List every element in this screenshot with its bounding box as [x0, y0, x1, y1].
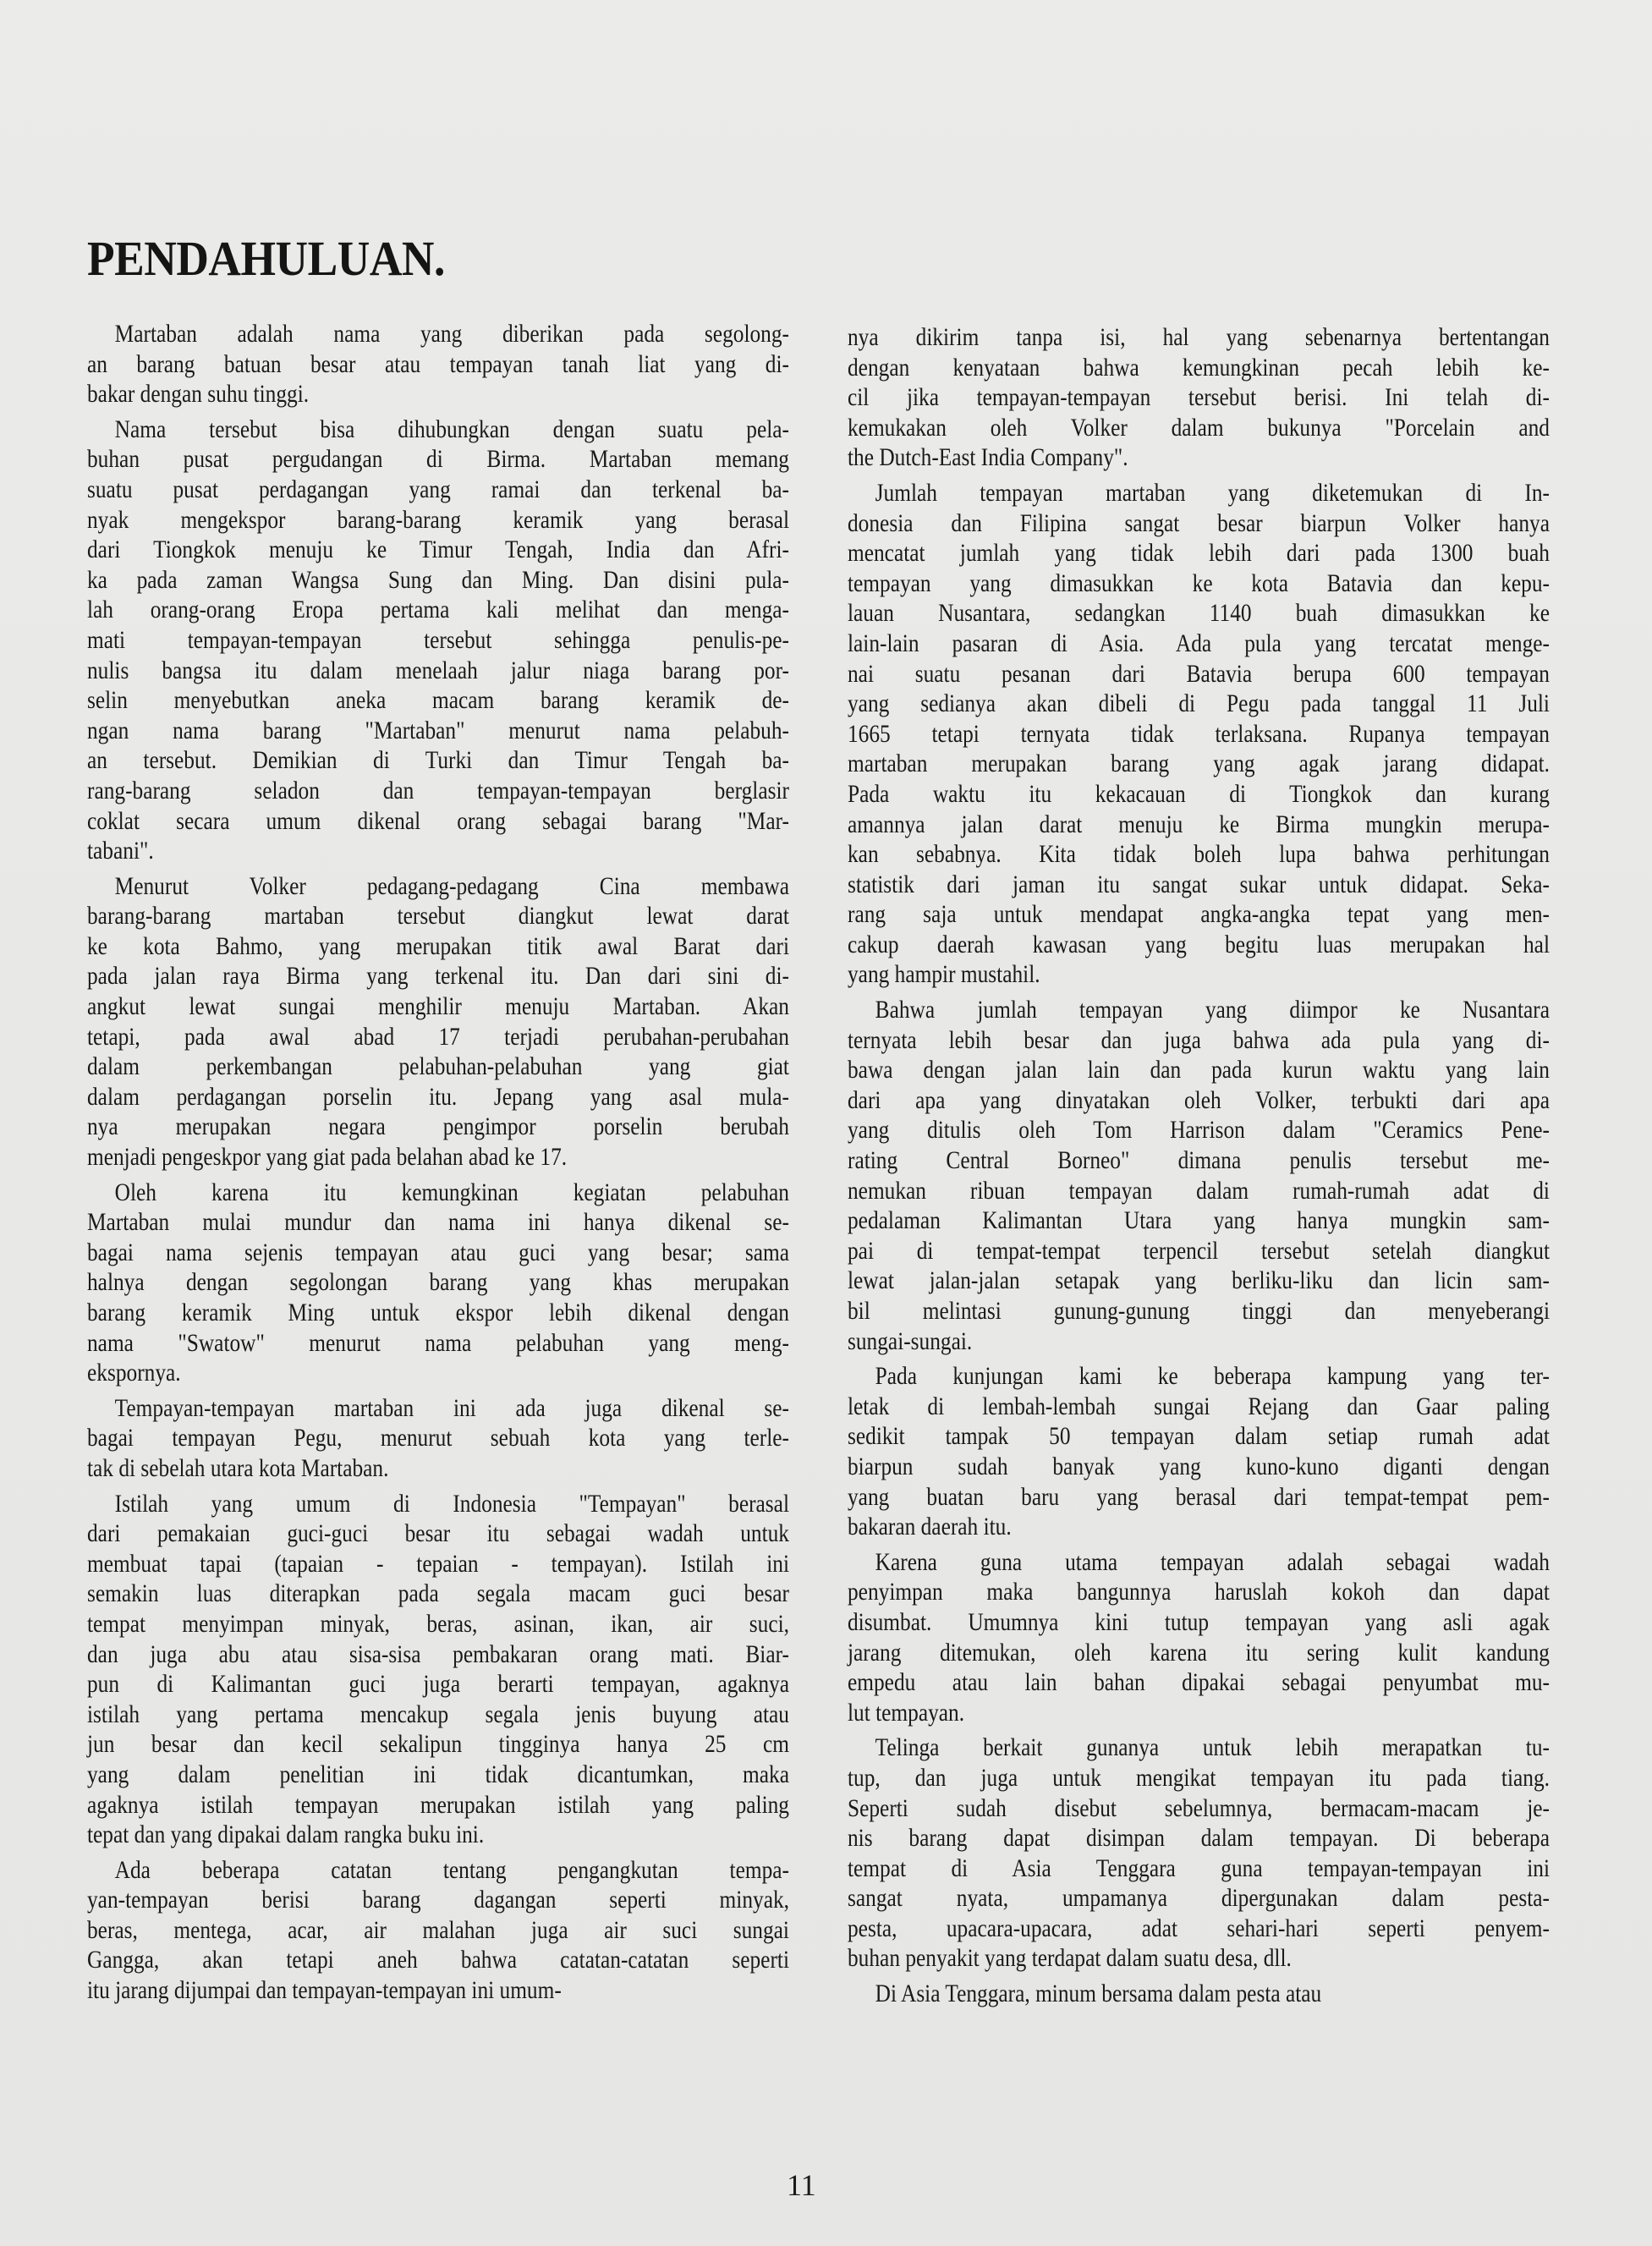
text-line: Seperti sudah disebut sebelumnya, bermac… — [848, 1794, 1550, 1825]
text-line: yang dalam penelitian ini tidak dicantum… — [87, 1760, 789, 1791]
text-line: Pada kunjungan kami ke beberapa kampung … — [848, 1362, 1550, 1392]
text-line: yan-tempayan berisi barang dagangan sepe… — [87, 1886, 789, 1916]
text-line: Jumlah tempayan martaban yang diketemuka… — [848, 479, 1550, 509]
left-column: Martaban adalah nama yang diberikan pada… — [87, 320, 791, 2007]
text-line: statistik dari jaman itu sangat sukar un… — [848, 870, 1550, 901]
text-line: cil jika tempayan-tempayan tersebut beri… — [848, 383, 1550, 414]
text-line: yang ditulis oleh Tom Harrison dalam "Ce… — [848, 1116, 1550, 1146]
paragraph: nya dikirim tanpa isi, hal yang sebenarn… — [848, 323, 1551, 474]
text-line: Di Asia Tenggara, minum bersama dalam pe… — [848, 1980, 1550, 2010]
paragraph: Nama tersebut bisa dihubungkan dengan su… — [87, 415, 791, 867]
text-line: biarpun sudah banyak yang kuno-kuno diga… — [848, 1452, 1550, 1483]
paragraph: Oleh karena itu kemungkinan kegiatan pel… — [87, 1178, 791, 1389]
text-line: tetapi, pada awal abad 17 terjadi peruba… — [87, 1023, 789, 1053]
text-line: donesia dan Filipina sangat besar biarpu… — [848, 509, 1550, 540]
paragraph: Telinga berkait gunanya untuk lebih mera… — [848, 1733, 1551, 1974]
text-line: jun besar dan kecil sekalipun tingginya … — [87, 1730, 789, 1760]
text-line: ngan nama barang "Martaban" menurut nama… — [87, 717, 789, 747]
text-line: barang keramik Ming untuk ekspor lebih d… — [87, 1299, 789, 1329]
book-page: PENDAHULUAN. Martaban adalah nama yang d… — [0, 0, 1652, 2246]
text-line: tempayan yang dimasukkan ke kota Batavia… — [848, 569, 1550, 600]
text-line: membuat tapai (tapaian - tepaian - tempa… — [87, 1550, 789, 1580]
text-line: angkut lewat sungai menghilir menuju Mar… — [87, 992, 789, 1023]
text-line: bil melintasi gunung-gunung tinggi dan m… — [848, 1297, 1550, 1327]
text-line: martaban merupakan barang yang agak jara… — [848, 750, 1550, 780]
text-line: lain-lain pasaran di Asia. Ada pula yang… — [848, 629, 1550, 660]
text-line: ternyata lebih besar dan juga bahwa ada … — [848, 1026, 1550, 1057]
text-line: dengan kenyataan bahwa kemungkinan pecah… — [848, 354, 1550, 384]
text-line: disumbat. Umumnya kini tutup tempayan ya… — [848, 1608, 1550, 1639]
text-line: dalam perkembangan pelabuhan-pelabuhan y… — [87, 1052, 789, 1083]
text-line: tepat dan yang dipakai dalam rangka buku… — [87, 1820, 789, 1851]
text-line: nya dikirim tanpa isi, hal yang sebenarn… — [848, 323, 1550, 354]
text-line: bagai nama sejenis tempayan atau guci ya… — [87, 1238, 789, 1269]
text-line: bagai tempayan Pegu, menurut sebuah kota… — [87, 1424, 789, 1454]
text-line: pedalaman Kalimantan Utara yang hanya mu… — [848, 1206, 1550, 1237]
text-line: lewat jalan-jalan setapak yang berliku-l… — [848, 1266, 1550, 1297]
text-line: 1665 tetapi ternyata tidak terlaksana. R… — [848, 720, 1550, 750]
text-line: tak di sebelah utara kota Martaban. — [87, 1454, 789, 1485]
text-line: Gangga, akan tetapi aneh bahwa catatan-c… — [87, 1946, 789, 1976]
text-line: penyimpan maka bangunnya haruslah kokoh … — [848, 1578, 1550, 1608]
text-line: tup, dan juga untuk mengikat tempayan it… — [848, 1764, 1550, 1794]
text-line: Telinga berkait gunanya untuk lebih mera… — [848, 1733, 1550, 1764]
text-line: menjadi pengeskpor yang giat pada belaha… — [87, 1143, 789, 1173]
text-line: suatu pusat perdagangan yang ramai dan t… — [87, 475, 789, 506]
text-line: lah orang-orang Eropa pertama kali melih… — [87, 596, 789, 626]
text-line: rang saja untuk mendapat angka-angka tep… — [848, 900, 1550, 931]
paragraph: Ada beberapa catatan tentang pengangkuta… — [87, 1856, 791, 2007]
text-line: tempat di Asia Tenggara guna tempayan-te… — [848, 1854, 1550, 1885]
text-line: kemukakan oleh Volker dalam bukunya "Por… — [848, 414, 1550, 444]
text-line: yang sedianya akan dibeli di Pegu pada t… — [848, 689, 1550, 720]
text-line: beras, mentega, acar, air malahan juga a… — [87, 1916, 789, 1947]
text-line: amannya jalan darat menuju ke Birma mung… — [848, 810, 1550, 841]
text-line: bakar dengan suhu tinggi. — [87, 380, 789, 410]
text-line: yang hampir mustahil. — [848, 960, 1550, 991]
text-line: nama "Swatow" menurut nama pelabuhan yan… — [87, 1329, 789, 1359]
text-line: nai suatu pesanan dari Batavia berupa 60… — [848, 660, 1550, 690]
text-line: buhan penyakit yang terdapat dalam suatu… — [848, 1944, 1550, 1974]
text-line: dalam perdagangan porselin itu. Jepang y… — [87, 1083, 789, 1113]
paragraph: Karena guna utama tempayan adalah sebaga… — [848, 1548, 1551, 1729]
text-line: pesta, upacara-upacara, adat sehari-hari… — [848, 1914, 1550, 1945]
text-line: semakin luas diterapkan pada segala maca… — [87, 1579, 789, 1610]
text-line: Pada waktu itu kekacauan di Tiongkok dan… — [848, 780, 1550, 810]
text-line: bakaran daerah itu. — [848, 1513, 1550, 1543]
text-line: barang-barang martaban tersebut diangkut… — [87, 902, 789, 932]
text-line: nulis bangsa itu dalam menelaah jalur ni… — [87, 656, 789, 687]
text-line: mati tempayan-tempayan tersebut sehingga… — [87, 626, 789, 656]
text-line: kan sebabnya. Kita tidak boleh lupa bahw… — [848, 840, 1550, 870]
text-line: Karena guna utama tempayan adalah sebaga… — [848, 1548, 1550, 1579]
text-line: rang-barang seladon dan tempayan-tempaya… — [87, 777, 789, 807]
text-line: ka pada zaman Wangsa Sung dan Ming. Dan … — [87, 566, 789, 596]
text-line: an tersebut. Demikian di Turki dan Timur… — [87, 746, 789, 777]
text-line: itu jarang dijumpai dan tempayan-tempaya… — [87, 1976, 789, 2007]
text-line: nya merupakan negara pengimpor porselin … — [87, 1112, 789, 1143]
text-line: dari Tiongkok menuju ke Timur Tengah, In… — [87, 535, 789, 566]
text-line: Istilah yang umum di Indonesia "Tempayan… — [87, 1490, 789, 1520]
paragraph: Martaban adalah nama yang diberikan pada… — [87, 320, 791, 410]
text-line: ekspornya. — [87, 1359, 789, 1389]
text-line: pada jalan raya Birma yang terkenal itu.… — [87, 962, 789, 992]
text-line: Nama tersebut bisa dihubungkan dengan su… — [87, 415, 789, 446]
text-line: Ada beberapa catatan tentang pengangkuta… — [87, 1856, 789, 1886]
text-line: halnya dengan segolongan barang yang kha… — [87, 1268, 789, 1299]
paragraph: Pada kunjungan kami ke beberapa kampung … — [848, 1362, 1551, 1543]
text-line: agaknya istilah tempayan merupakan istil… — [87, 1791, 789, 1821]
text-line: Tempayan-tempayan martaban ini ada juga … — [87, 1394, 789, 1425]
text-line: an barang batuan besar atau tempayan tan… — [87, 350, 789, 381]
text-line: lut tempayan. — [848, 1699, 1550, 1729]
paragraph: Jumlah tempayan martaban yang diketemuka… — [848, 479, 1551, 991]
text-line: pun di Kalimantan guci juga berarti temp… — [87, 1670, 789, 1700]
paragraph: Bahwa jumlah tempayan yang diimpor ke Nu… — [848, 996, 1551, 1357]
text-line: sungai-sungai. — [848, 1327, 1550, 1358]
text-line: nemukan ribuan tempayan dalam rumah-ruma… — [848, 1177, 1550, 1207]
text-line: coklat secara umum dikenal orang sebagai… — [87, 807, 789, 837]
paragraph: Istilah yang umum di Indonesia "Tempayan… — [87, 1490, 791, 1851]
text-line: selin menyebutkan aneka macam barang ker… — [87, 686, 789, 717]
text-line: Bahwa jumlah tempayan yang diimpor ke Nu… — [848, 996, 1550, 1026]
text-line: Martaban mulai mundur dan nama ini hanya… — [87, 1208, 789, 1238]
paragraph: Di Asia Tenggara, minum bersama dalam pe… — [848, 1980, 1551, 2010]
text-line: mencatat jumlah yang tidak lebih dari pa… — [848, 539, 1550, 569]
right-column: nya dikirim tanpa isi, hal yang sebenarn… — [848, 323, 1551, 2010]
text-line: Oleh karena itu kemungkinan kegiatan pel… — [87, 1178, 789, 1209]
paragraph: Menurut Volker pedagang-pedagang Cina me… — [87, 872, 791, 1173]
text-line: tempat menyimpan minyak, beras, asinan, … — [87, 1610, 789, 1640]
text-line: dan juga abu atau sisa-sisa pembakaran o… — [87, 1640, 789, 1671]
text-line: yang buatan baru yang berasal dari tempa… — [848, 1483, 1550, 1513]
text-line: nyak mengekspor barang-barang keramik ya… — [87, 506, 789, 536]
text-line: istilah yang pertama mencakup segala jen… — [87, 1700, 789, 1731]
text-line: buhan pusat pergudangan di Birma. Martab… — [87, 445, 789, 475]
text-line: bawa dengan jalan lain dan pada kurun wa… — [848, 1056, 1550, 1086]
text-line: nis barang dapat disimpan dalam tempayan… — [848, 1824, 1550, 1854]
text-line: the Dutch-East India Company". — [848, 443, 1550, 474]
page-number: 11 — [787, 2167, 816, 2203]
text-line: empedu atau lain bahan dipakai sebagai p… — [848, 1668, 1550, 1699]
text-line: pai di tempat-tempat terpencil tersebut … — [848, 1237, 1550, 1267]
text-line: letak di lembah-lembah sungai Rejang dan… — [848, 1392, 1550, 1423]
text-line: dari pemakaian guci-guci besar itu sebag… — [87, 1519, 789, 1550]
text-line: sedikit tampak 50 tempayan dalam setiap … — [848, 1422, 1550, 1452]
text-line: lauan Nusantara, sedangkan 1140 buah dim… — [848, 599, 1550, 629]
text-line: ke kota Bahmo, yang merupakan titik awal… — [87, 932, 789, 963]
text-line: cakup daerah kawasan yang begitu luas me… — [848, 931, 1550, 961]
paragraph: Tempayan-tempayan martaban ini ada juga … — [87, 1394, 791, 1485]
page-title: PENDAHULUAN. — [87, 230, 445, 287]
text-line: dari apa yang dinyatakan oleh Volker, te… — [848, 1086, 1550, 1117]
text-line: Martaban adalah nama yang diberikan pada… — [87, 320, 789, 350]
text-line: Menurut Volker pedagang-pedagang Cina me… — [87, 872, 789, 903]
text-line: sangat nyata, umpamanya dipergunakan dal… — [848, 1884, 1550, 1914]
text-line: tabani". — [87, 837, 789, 867]
text-line: rating Central Borneo" dimana penulis te… — [848, 1146, 1550, 1177]
text-line: jarang ditemukan, oleh karena itu sering… — [848, 1639, 1550, 1669]
